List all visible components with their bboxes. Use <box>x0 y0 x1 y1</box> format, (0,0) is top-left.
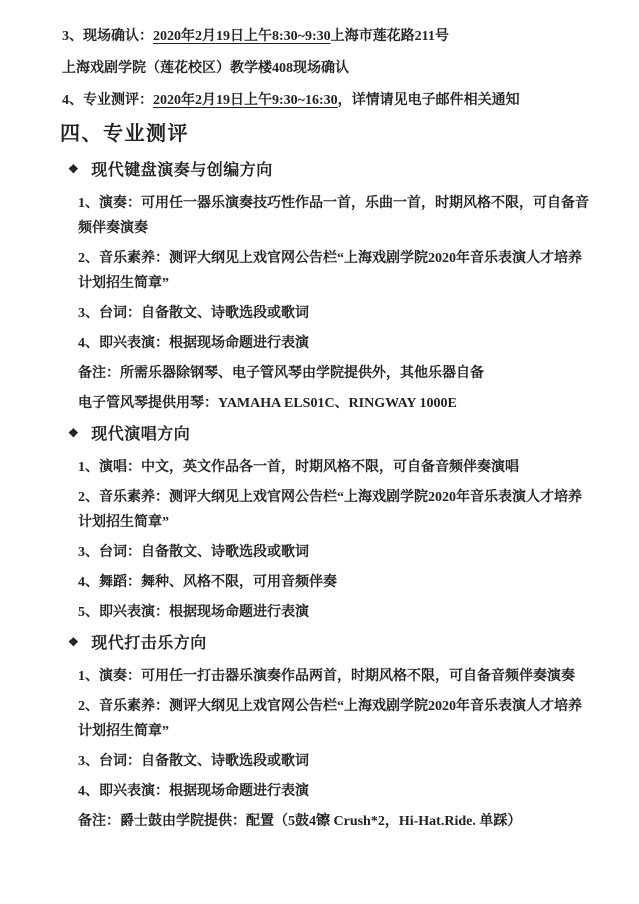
schedule-item-4: 4、专业测评：2020年2月19日上午9:30~16:30，详情请见电子邮件相关… <box>62 88 584 113</box>
requirement-item: 4、舞蹈：舞种、风格不限，可用音频伴奏 <box>78 570 595 595</box>
requirement-item: 3、台词：自备散文、诗歌选段或歌词 <box>78 749 595 774</box>
schedule-item-3-continuation: 上海戏剧学院（莲花校区）教学楼408现场确认 <box>62 56 584 81</box>
schedule-item-4-note: ，详情请见电子邮件相关通知 <box>338 93 520 108</box>
schedule-item-3-label: 3、现场确认： <box>62 29 153 44</box>
requirement-item: 2、音乐素养：测评大纲见上戏官网公告栏“上海戏剧学院2020年音乐表演人才培养计… <box>78 694 595 744</box>
requirement-item: 4、即兴表演：根据现场命题进行表演 <box>78 331 595 356</box>
direction-title-label: 现代演唱方向 <box>91 421 190 448</box>
direction-title: ❖ 现代打击乐方向 <box>68 630 595 657</box>
requirement-item: 1、演奏：可用任一器乐演奏技巧性作品一首，乐曲一首，时期风格不限，可自备音频伴奏… <box>78 191 595 241</box>
requirement-item: 2、音乐素养：测评大纲见上戏官网公告栏“上海戏剧学院2020年音乐表演人才培养计… <box>78 246 595 296</box>
requirement-item: 1、演唱：中文，英文作品各一首，时期风格不限，可自备音频伴奏演唱 <box>78 455 595 480</box>
requirement-item: 5、即兴表演：根据现场命题进行表演 <box>78 600 595 625</box>
diamond-bullet-icon: ❖ <box>68 629 79 656</box>
requirement-note: 电子管风琴提供用琴：YAMAHA ELS01C、RINGWAY 1000E <box>78 391 595 416</box>
requirement-note: 备注：所需乐器除钢琴、电子管风琴由学院提供外，其他乐器自备 <box>78 361 595 386</box>
schedule-item-3-datetime: 2020年2月19日上午8:30~9:30 <box>153 29 331 44</box>
section-heading: 四、专业测评 <box>60 120 595 148</box>
document-page: 3、现场确认：2020年2月19日上午8:30~9:30上海市莲花路211号 上… <box>0 0 639 904</box>
requirement-item: 3、台词：自备散文、诗歌选段或歌词 <box>78 540 595 565</box>
direction-title: ❖ 现代键盘演奏与创编方向 <box>68 157 595 184</box>
direction-title-label: 现代键盘演奏与创编方向 <box>91 157 273 184</box>
requirement-item: 3、台词：自备散文、诗歌选段或歌词 <box>78 301 595 326</box>
requirement-item: 1、演奏：可用任一打击器乐演奏作品两首，时期风格不限，可自备音频伴奏演奏 <box>78 664 595 689</box>
schedule-item-4-label: 4、专业测评： <box>62 93 153 108</box>
direction-modern-vocal: ❖ 现代演唱方向 1、演唱：中文，英文作品各一首，时期风格不限，可自备音频伴奏演… <box>60 421 595 625</box>
schedule-item-3: 3、现场确认：2020年2月19日上午8:30~9:30上海市莲花路211号 <box>62 24 584 49</box>
diamond-bullet-icon: ❖ <box>68 420 79 447</box>
schedule-item-3-location: 上海市莲花路211号 <box>331 29 449 44</box>
direction-title: ❖ 现代演唱方向 <box>68 421 595 448</box>
requirement-item: 2、音乐素养：测评大纲见上戏官网公告栏“上海戏剧学院2020年音乐表演人才培养计… <box>78 485 595 535</box>
diamond-bullet-icon: ❖ <box>68 156 79 183</box>
direction-modern-percussion: ❖ 现代打击乐方向 1、演奏：可用任一打击器乐演奏作品两首，时期风格不限，可自备… <box>60 630 595 834</box>
direction-title-label: 现代打击乐方向 <box>91 630 207 657</box>
schedule-item-4-datetime: 2020年2月19日上午9:30~16:30 <box>153 93 338 108</box>
direction-modern-keyboard: ❖ 现代键盘演奏与创编方向 1、演奏：可用任一器乐演奏技巧性作品一首，乐曲一首，… <box>60 157 595 416</box>
requirement-note: 备注：爵士鼓由学院提供：配置（5鼓4镲 Crush*2，Hi-Hat.Ride.… <box>78 809 595 834</box>
requirement-item: 4、即兴表演：根据现场命题进行表演 <box>78 779 595 804</box>
